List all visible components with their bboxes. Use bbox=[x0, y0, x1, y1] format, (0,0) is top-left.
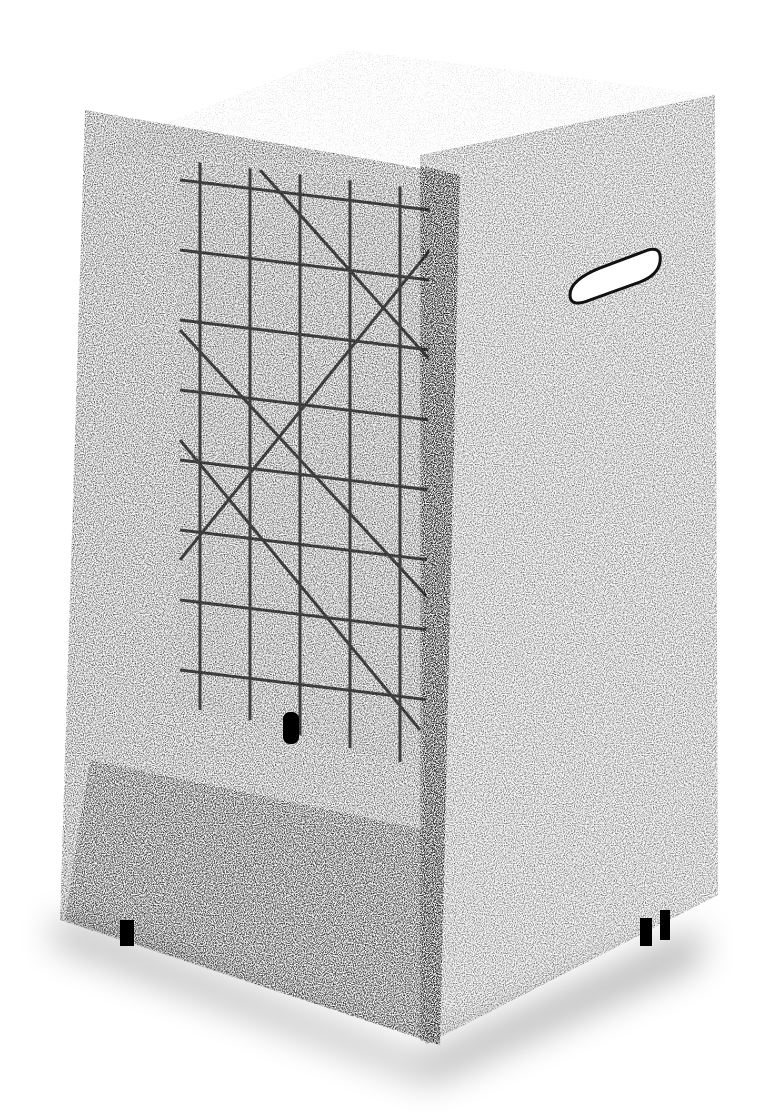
control-knob bbox=[283, 712, 299, 744]
heating-grille bbox=[175, 160, 430, 770]
wheel-rear-right bbox=[640, 918, 652, 946]
heater-sketch bbox=[0, 0, 780, 1112]
side-panel bbox=[420, 95, 718, 1045]
wheel-front-left bbox=[120, 920, 134, 946]
wheel-rear-right-2 bbox=[660, 910, 670, 940]
heater-illustration bbox=[0, 0, 780, 1112]
